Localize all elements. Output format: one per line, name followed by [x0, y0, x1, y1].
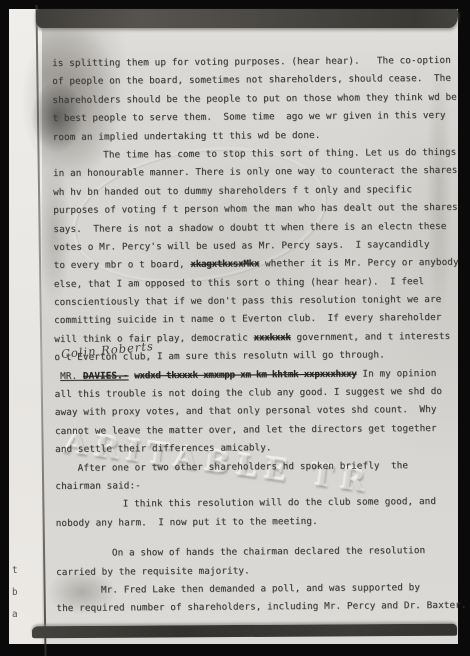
typed-text-segment: The time has come to stop this sort of t… — [103, 147, 456, 161]
typed-text-segment: committing suicide in t name o t Everton… — [54, 312, 441, 326]
typed-text-segment: will think o fair play, democratic — [54, 332, 253, 345]
typed-text-segment: in an honourable manner. There is only o… — [53, 165, 458, 179]
typed-text-segment: and settle their differences amicably. — [55, 442, 272, 455]
margin-letter: t — [12, 565, 18, 576]
scan-shadow-bottom — [32, 624, 457, 639]
margin-letter: a — [12, 609, 18, 620]
typed-text-segment: chairman said:- — [55, 480, 141, 492]
typed-text-segment: shareholders should be the people to put… — [52, 92, 457, 106]
typed-text-segment: room an implied undertaking tt this wd b… — [53, 129, 321, 142]
underlined-text: MR. — [60, 370, 83, 381]
typed-text-segment: purposes of voting f t person whom the m… — [53, 202, 458, 216]
typed-text-segment: whether it is Mr. Percy or anybody — [259, 257, 458, 270]
typed-text-segment: nobody any harm. I now put it to the mee… — [56, 516, 318, 529]
typed-text-segment: After one or two other shareholders hd s… — [78, 460, 409, 474]
typed-text-segment: government, and t interests — [291, 331, 451, 343]
typed-text-segment: wh hv bn handed out to dummy shareholder… — [53, 184, 412, 198]
typed-line: On a show of hands the chairman declared… — [56, 542, 460, 564]
typed-line: purposes of voting f t person whom the m… — [53, 199, 457, 221]
typed-text-segment: t best people to serve them. Some time a… — [52, 110, 445, 124]
typed-text-segment: says. There is not a shadow o doubt tt w… — [53, 220, 446, 234]
typed-text: is splitting them up for voting purposes… — [52, 52, 460, 619]
typed-text-segment: to every mbr o t board, — [54, 259, 191, 271]
typed-text-segment: all this trouble is not doing the club a… — [55, 386, 442, 400]
struck-out-text: xkagxtkxsxMkx — [190, 259, 259, 271]
typed-line: After one or two other shareholders hd s… — [55, 456, 459, 478]
typed-text-segment: In my opinion — [357, 368, 437, 380]
typed-text-segment: On a show of hands the chairman declared… — [112, 545, 425, 558]
scanned-page: t b a ARITABLE TR is splitting them up f… — [9, 9, 458, 644]
typed-text-segment: carried by the requisite majority. — [56, 565, 250, 578]
struck-out-text: xxxkxxk — [254, 332, 291, 343]
typed-line: cannot we leave the matter over, and let… — [55, 420, 459, 442]
typed-text-segment: else, that I am opposed to this sort o t… — [54, 276, 424, 290]
typed-text-segment: away with proxy votes, and that only per… — [55, 404, 437, 418]
typed-text-segment: cannot we leave the matter over, and let… — [55, 423, 437, 437]
typed-line: t best people to serve them. Some time a… — [52, 107, 456, 129]
typed-text-segment: is splitting them up for voting purposes… — [52, 55, 451, 69]
typed-text-segment: Mr. Fred Lake then demanded a poll, and … — [101, 582, 420, 596]
typed-text-segment: I think this resolution will do the club… — [123, 496, 436, 509]
typed-text-segment: votes o Mr. Percy's will be used as Mr. … — [53, 239, 429, 253]
typed-text-segment: conscientiously that if we don't pass th… — [54, 294, 441, 308]
typed-line: the required number of shareholders, inc… — [56, 597, 460, 619]
typed-text-segment: of people on the board, sometimes not sh… — [52, 73, 451, 87]
typed-line: I think this resolution will do the club… — [55, 493, 459, 515]
underlined-text: DAVIES.- — [83, 370, 129, 381]
scan-shadow-top — [36, 9, 458, 28]
typed-text-segment: the required number of shareholders, inc… — [56, 600, 466, 614]
struck-out-text: wxdxd tkxxxk xmxmpp xm km khtmk xxpxxxhx… — [134, 368, 357, 381]
margin-letter: b — [12, 587, 18, 598]
